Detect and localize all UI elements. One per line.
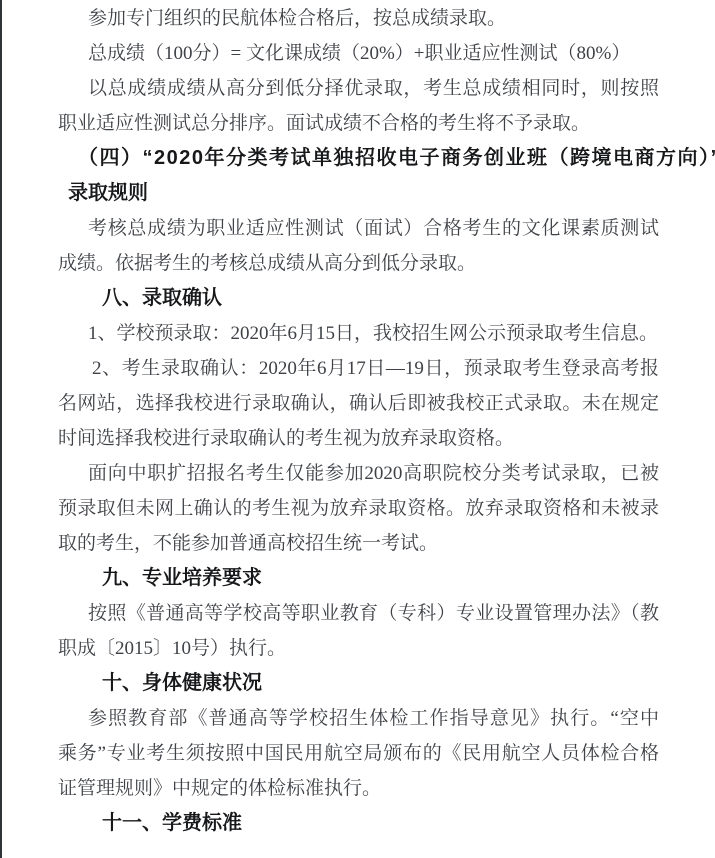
- document-page: 参加专门组织的民航体检合格后，按总成绩录取。 总成绩（100分）= 文化课成绩（…: [2, 0, 715, 841]
- paragraph-line: 成绩。依据考生的考核总成绩从高分到低分录取。: [58, 246, 659, 281]
- section-heading-health-status: 十、身体健康状况: [58, 666, 659, 701]
- document-viewport: { "page": { "background_color": "#ffffff…: [0, 0, 715, 858]
- paragraph-line: 名网站，选择我校进行录取确认，确认后即被我校正式录取。未在规定: [58, 386, 659, 421]
- paragraph-line: 面向中职扩招报名考生仅能参加2020高职院校分类考试录取，已被: [58, 456, 659, 491]
- paragraph-line: 考核总成绩为职业适应性测试（面试）合格考生的文化课素质测试: [58, 211, 659, 246]
- section-heading-tuition-standard: 十一、学费标准: [58, 806, 659, 841]
- paragraph-line: 总成绩（100分）= 文化课成绩（20%）+职业适应性测试（80%）: [58, 36, 659, 71]
- paragraph-line: 乘务”专业考生须按照中国民用航空局颁布的《民用航空人员体检合格: [58, 736, 659, 771]
- paragraph-line: 按照《普通高等学校高等职业教育（专科）专业设置管理办法》（教: [58, 596, 659, 631]
- paragraph-line: 职业适应性测试总分排序。面试成绩不合格的考生将不予录取。: [58, 106, 659, 141]
- paragraph-line: 取的考生，不能参加普通高校招生统一考试。: [58, 526, 659, 561]
- paragraph-line: 职成〔2015〕10号）执行。: [58, 631, 659, 666]
- section-heading-admission-confirmation: 八、录取确认: [58, 281, 659, 316]
- paragraph-line: 1、学校预录取：2020年6月15日，我校招生网公示预录取考生信息。: [58, 316, 659, 351]
- subsection-heading: 录取规则: [58, 176, 659, 211]
- paragraph-line: 以总成绩成绩从高分到低分择优录取，考生总成绩相同时，则按照: [58, 71, 659, 106]
- paragraph-line: 预录取但未网上确认的考生视为放弃录取资格。放弃录取资格和未被录: [58, 491, 659, 526]
- paragraph-line: 证管理规则》中规定的体检标准执行。: [58, 771, 659, 806]
- paragraph-line: 2、考生录取确认：2020年6月17日—19日，预录取考生登录高考报: [58, 351, 659, 386]
- section-heading-training-requirements: 九、专业培养要求: [58, 561, 659, 596]
- paragraph-line: 参照教育部《普通高等学校招生体检工作指导意见》执行。“空中: [58, 701, 659, 736]
- subsection-heading: （四）“2020年分类考试单独招收电子商务创业班（跨境电商方向）”: [58, 141, 659, 176]
- paragraph-line: 时间选择我校进行录取确认的考生视为放弃录取资格。: [58, 421, 659, 456]
- paragraph-line: 参加专门组织的民航体检合格后，按总成绩录取。: [58, 1, 659, 36]
